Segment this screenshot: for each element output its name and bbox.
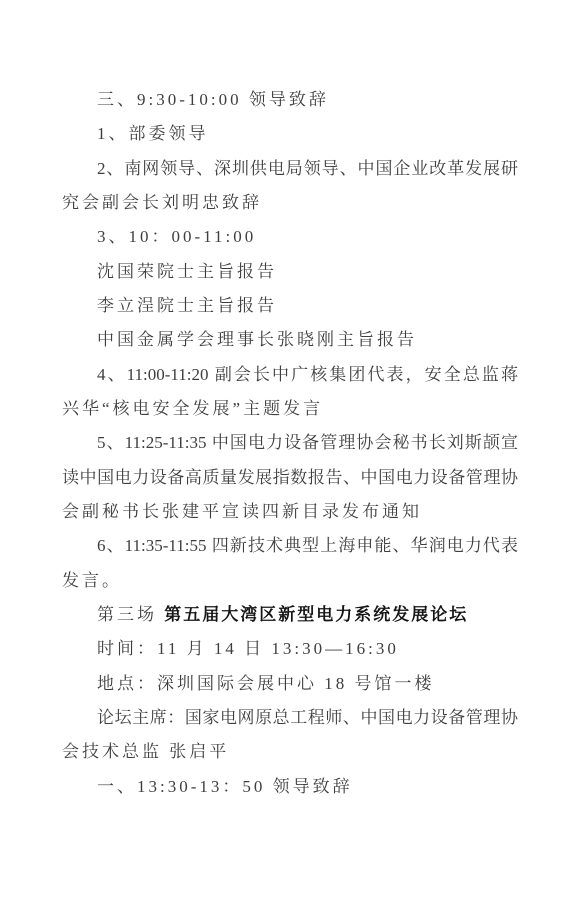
agenda-line-ministry-leaders: 1、部委领导 (62, 117, 518, 151)
forum-chair-2: 会技术总监 张启平 (62, 735, 518, 769)
agenda-line-keynote-zhang: 中国金属学会理事长张晓刚主旨报告 (62, 323, 518, 357)
agenda-line-cgn-speech-1: 4、11:00-11:20 副会长中广核集团代表，安全总监蒋 (62, 358, 518, 392)
agenda-line-keynote-time: 3、10：00-11:00 (62, 220, 518, 254)
agenda-line-leaders-speech-2: 究会副会长刘明忠致辞 (62, 186, 518, 220)
section-heading-forum: 第三场 第五届大湾区新型电力系统发展论坛 (62, 598, 518, 632)
forum-time: 时间：11 月 14 日 13:30—16:30 (62, 632, 518, 666)
agenda-line-cgn-speech-2: 兴华“核电安全发展”主题发言 (62, 392, 518, 426)
document-page: 三、9:30-10:00 领导致辞 1、部委领导 2、南网领导、深圳供电局领导、… (0, 0, 580, 922)
agenda-line-tech-reps-1: 6、11:35-11:55 四新技术典型上海申能、华润电力代表 (62, 529, 518, 563)
forum-location: 地点：深圳国际会展中心 18 号馆一楼 (62, 667, 518, 701)
agenda-line-tech-reps-2: 发言。 (62, 564, 518, 598)
agenda-line-report-reading-2: 读中国电力设备高质量发展指数报告、中国电力设备管理协 (62, 461, 518, 495)
section-heading-prefix: 第三场 (97, 605, 164, 624)
agenda-line-keynote-li: 李立浧院士主旨报告 (62, 289, 518, 323)
agenda-line-report-reading-3: 会副秘书长张建平宣读四新目录发布通知 (62, 495, 518, 529)
agenda-line-report-reading-1: 5、11:25-11:35 中国电力设备管理协会秘书长刘斯颉宣 (62, 426, 518, 460)
agenda-text-block: 三、9:30-10:00 领导致辞 1、部委领导 2、南网领导、深圳供电局领导、… (62, 83, 518, 804)
forum-chair-1: 论坛主席：国家电网原总工程师、中国电力设备管理协 (62, 701, 518, 735)
forum-opening-item: 一、13:30-13：50 领导致辞 (62, 770, 518, 804)
agenda-line-leaders-speech-1: 2、南网领导、深圳供电局领导、中国企业改革发展研 (62, 152, 518, 186)
section-heading-title: 第五届大湾区新型电力系统发展论坛 (164, 605, 468, 624)
agenda-line-keynote-shen: 沈国荣院士主旨报告 (62, 255, 518, 289)
agenda-line-session2-item3-time: 三、9:30-10:00 领导致辞 (62, 83, 518, 117)
